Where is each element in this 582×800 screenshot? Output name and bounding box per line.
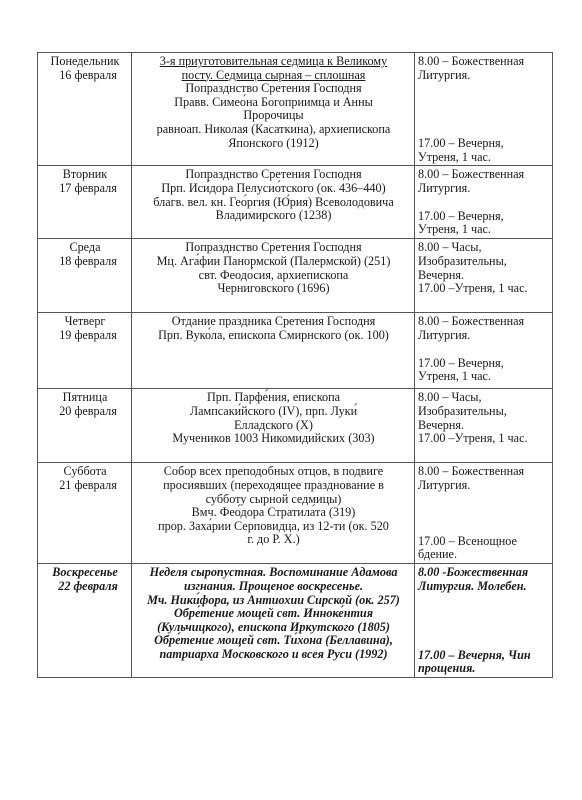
day-cell: Вторник 17 февраля — [38, 166, 132, 239]
morning-service: 8.00 – Часы,Изобразительны,Вечерня. — [418, 241, 550, 282]
morning-service: 8.00 – Часы,Изобразительны,Вечерня. — [418, 391, 550, 432]
commemoration-line: Прп. Иси́дора Пелусио́тского (ок. 436–44… — [135, 182, 412, 196]
commemoration-line: Обре́тение мощей свт. Инноке́нтия — [135, 607, 412, 621]
morning-service: 8.00 – БожественнаяЛитургия. — [418, 55, 550, 82]
service-line: Утреня, 1 час. — [418, 370, 550, 384]
service-line: 8.00 – Божественная — [418, 465, 550, 479]
commemorations-cell: Прп. Парфе́ния, епископаЛампсаки́йского … — [132, 389, 415, 463]
commemorations-cell: Неделя сыропустная. Воспоминание Адамова… — [132, 564, 415, 677]
day-cell: Четверг 19 февраля — [38, 313, 132, 389]
commemoration-line: Попразднство Сретения Господня — [135, 168, 412, 182]
commemoration-line: Мучеников 1003 Никомидийских (303) — [135, 432, 412, 446]
commemoration-line: равноап. Николая (Касаткина), архиеписко… — [135, 123, 412, 137]
commemoration-line: г. до Р. Х.) — [135, 533, 412, 547]
date: 17 февраля — [41, 182, 129, 196]
weekday: Среда — [41, 241, 129, 255]
commemoration-line: благв. вел. кн. Гео́ргия (Ю́рия) Всеволо… — [135, 196, 412, 210]
service-line: 17.00 – Вечерня, — [418, 137, 550, 151]
service-line: Утреня, 1 час. — [418, 223, 550, 237]
schedule-table: Понедельник 16 февраля 3-я приуготовител… — [37, 52, 553, 678]
service-line: Изобразительны, — [418, 405, 550, 419]
date: 21 февраля — [41, 479, 129, 493]
commemorations-cell: Попразднство Сретения ГосподняМц. Ага́фи… — [132, 239, 415, 313]
morning-service: 8.00 – БожественнаяЛитургия. — [418, 315, 550, 342]
day-cell: Суббота 21 февраля — [38, 463, 132, 564]
service-line: 8.00 – Божественная — [418, 315, 550, 329]
date: 20 февраля — [41, 405, 129, 419]
weekday: Вторник — [41, 168, 129, 182]
evening-service: 17.00 – Вечерня,Утреня, 1 час. — [418, 357, 550, 384]
evening-service: 17.00 – Вечерня,Утреня, 1 час. — [418, 210, 550, 237]
date: 22 февраля — [41, 580, 129, 594]
spacer — [418, 493, 550, 535]
service-line: 17.00 – Вечерня, — [418, 357, 550, 371]
service-line: Литургия. — [418, 69, 550, 83]
day-cell: Среда 18 февраля — [38, 239, 132, 313]
services-cell: 8.00 – БожественнаяЛитургия. 17.00 – Веч… — [415, 313, 553, 389]
commemoration-line: прор. Заха́рии Серповидца, из 12-ти (ок.… — [135, 520, 412, 534]
commemorations-cell: Попразднство Сретения ГосподняПрп. Иси́д… — [132, 166, 415, 239]
commemoration-line: Пророчицы — [135, 109, 412, 123]
service-line: Вечерня. — [418, 269, 550, 283]
date: 16 февраля — [41, 69, 129, 83]
spacer — [418, 196, 550, 210]
services-cell: 8.00 -БожественнаяЛитургия. Молебен. 17.… — [415, 564, 553, 677]
weekday: Суббота — [41, 465, 129, 479]
commemoration-line: Попразднство Сретения Господня — [135, 241, 412, 255]
service-line: прощения. — [418, 662, 550, 676]
morning-service: 8.00 -БожественнаяЛитургия. Молебен. — [418, 566, 550, 593]
commemoration-line: Мч. Ники́фора, из Антиохии Сирской (ок. … — [135, 594, 412, 608]
commemoration-line: субботу сырной седмицы) — [135, 493, 412, 507]
service-line: Вечерня. — [418, 419, 550, 433]
services-cell: 8.00 – БожественнаяЛитургия. 17.00 – Веч… — [415, 53, 553, 166]
schedule-row: Суббота 21 февраля Собор всех преподобны… — [38, 463, 553, 564]
service-line: Литургия. — [418, 479, 550, 493]
commemoration-line: Обре́тение мощей свт. Ти́хона (Беллавина… — [135, 634, 412, 648]
service-line: Литургия. Молебен. — [418, 580, 550, 594]
commemoration-line: Вмч. Фео́дора Стратила́та (319) — [135, 506, 412, 520]
service-line: 17.00 – Вечерня, Чин — [418, 649, 550, 663]
commemoration-line: Елладского (X) — [135, 419, 412, 433]
commemorations-cell: Собор всех преподобных отцов, в подвигеп… — [132, 463, 415, 564]
commemoration-line: Отдание праздника Сретения Господня — [135, 315, 412, 329]
schedule-row: Вторник 17 февраля Попразднство Сретения… — [38, 166, 553, 239]
commemoration-line: Попразднство Сретения Господня — [135, 82, 412, 96]
services-cell: 8.00 – Часы,Изобразительны,Вечерня. 17.0… — [415, 389, 553, 463]
schedule-row: Среда 18 февраля Попразднство Сретения Г… — [38, 239, 553, 313]
service-line: Изобразительны, — [418, 255, 550, 269]
weekday: Воскресенье — [41, 566, 129, 580]
week-heading: посту. Седмица сырная – сплошная — [135, 69, 412, 83]
morning-service: 8.00 – БожественнаяЛитургия. — [418, 465, 550, 492]
commemoration-line: Японского (1912) — [135, 137, 412, 151]
date: 18 февраля — [41, 255, 129, 269]
spacer — [418, 82, 550, 137]
schedule-body: Понедельник 16 февраля 3-я приуготовител… — [38, 53, 553, 678]
day-cell: Пятница 20 февраля — [38, 389, 132, 463]
service-line: бдение. — [418, 548, 550, 562]
commemoration-line: Неделя сыропустная. Воспоминание Адамова — [135, 566, 412, 580]
service-line: Утреня, 1 час. — [418, 151, 550, 165]
evening-service: 17.00 – Всенощноебдение. — [418, 535, 550, 562]
commemorations-cell: 3-я приуготовительная седмица к Великому… — [132, 53, 415, 166]
date: 19 февраля — [41, 329, 129, 343]
schedule-row: Воскресенье 22 февраля Неделя сыропустна… — [38, 564, 553, 677]
service-line: Литургия. — [418, 182, 550, 196]
service-line: 17.00 – Вечерня, — [418, 210, 550, 224]
services-cell: 8.00 – Часы,Изобразительны,Вечерня. 17.0… — [415, 239, 553, 313]
commemoration-line: Собор всех преподобных отцов, в подвиге — [135, 465, 412, 479]
commemoration-line: просиявших (переходящее празднование в — [135, 479, 412, 493]
service-line: 17.00 – Всенощное — [418, 535, 550, 549]
service-line: 8.00 – Часы, — [418, 391, 550, 405]
weekday: Пятница — [41, 391, 129, 405]
evening-service: 17.00 –Утреня, 1 час. — [418, 432, 550, 446]
commemoration-line: Мц. Ага́фии Панормской (Палермской) (251… — [135, 255, 412, 269]
commemoration-line: Лампсаки́йского (IV), прп. Луки́ — [135, 405, 412, 419]
schedule-row: Четверг 19 февраля Отдание праздника Сре… — [38, 313, 553, 389]
day-cell: Понедельник 16 февраля — [38, 53, 132, 166]
services-cell: 8.00 – БожественнаяЛитургия. 17.00 – Все… — [415, 463, 553, 564]
weekday: Понедельник — [41, 55, 129, 69]
service-line: 8.00 -Божественная — [418, 566, 550, 580]
evening-service: 17.00 – Вечерня, Чинпрощения. — [418, 649, 550, 676]
commemoration-line: свт. Феодо́сия, архиепископа — [135, 269, 412, 283]
services-cell: 8.00 – БожественнаяЛитургия. 17.00 – Веч… — [415, 166, 553, 239]
commemoration-line: патриарха Московского и всея Руси (1992) — [135, 648, 412, 662]
morning-service: 8.00 – БожественнаяЛитургия. — [418, 168, 550, 195]
evening-service: 17.00 –Утреня, 1 час. — [418, 282, 550, 296]
commemoration-line: Прп. Вуко́ла, епископа Смирнского (ок. 1… — [135, 329, 412, 343]
commemorations-cell: Отдание праздника Сретения ГосподняПрп. … — [132, 313, 415, 389]
evening-service: 17.00 – Вечерня,Утреня, 1 час. — [418, 137, 550, 164]
week-heading: 3-я приуготовительная седмица к Великому — [135, 55, 412, 69]
commemoration-line: изгнания. Прощеное воскресенье. — [135, 580, 412, 594]
spacer — [418, 343, 550, 357]
service-line: 8.00 – Божественная — [418, 55, 550, 69]
weekday: Четверг — [41, 315, 129, 329]
commemoration-line: Правв. Симео́на Богоприимца и Анны — [135, 96, 412, 110]
schedule-row: Пятница 20 февраля Прп. Парфе́ния, еписк… — [38, 389, 553, 463]
service-line: 17.00 –Утреня, 1 час. — [418, 432, 550, 446]
schedule-row: Понедельник 16 февраля 3-я приуготовител… — [38, 53, 553, 166]
commemoration-line: (Кульчицкого), епископа Иркутского (1805… — [135, 621, 412, 635]
commemoration-line: Черниговского (1696) — [135, 282, 412, 296]
service-line: 8.00 – Божественная — [418, 168, 550, 182]
day-cell: Воскресенье 22 февраля — [38, 564, 132, 677]
service-line: 8.00 – Часы, — [418, 241, 550, 255]
commemoration-line: Владимирского (1238) — [135, 209, 412, 223]
spacer — [418, 594, 550, 649]
service-line: Литургия. — [418, 329, 550, 343]
commemoration-line: Прп. Парфе́ния, епископа — [135, 391, 412, 405]
service-line: 17.00 –Утреня, 1 час. — [418, 282, 550, 296]
